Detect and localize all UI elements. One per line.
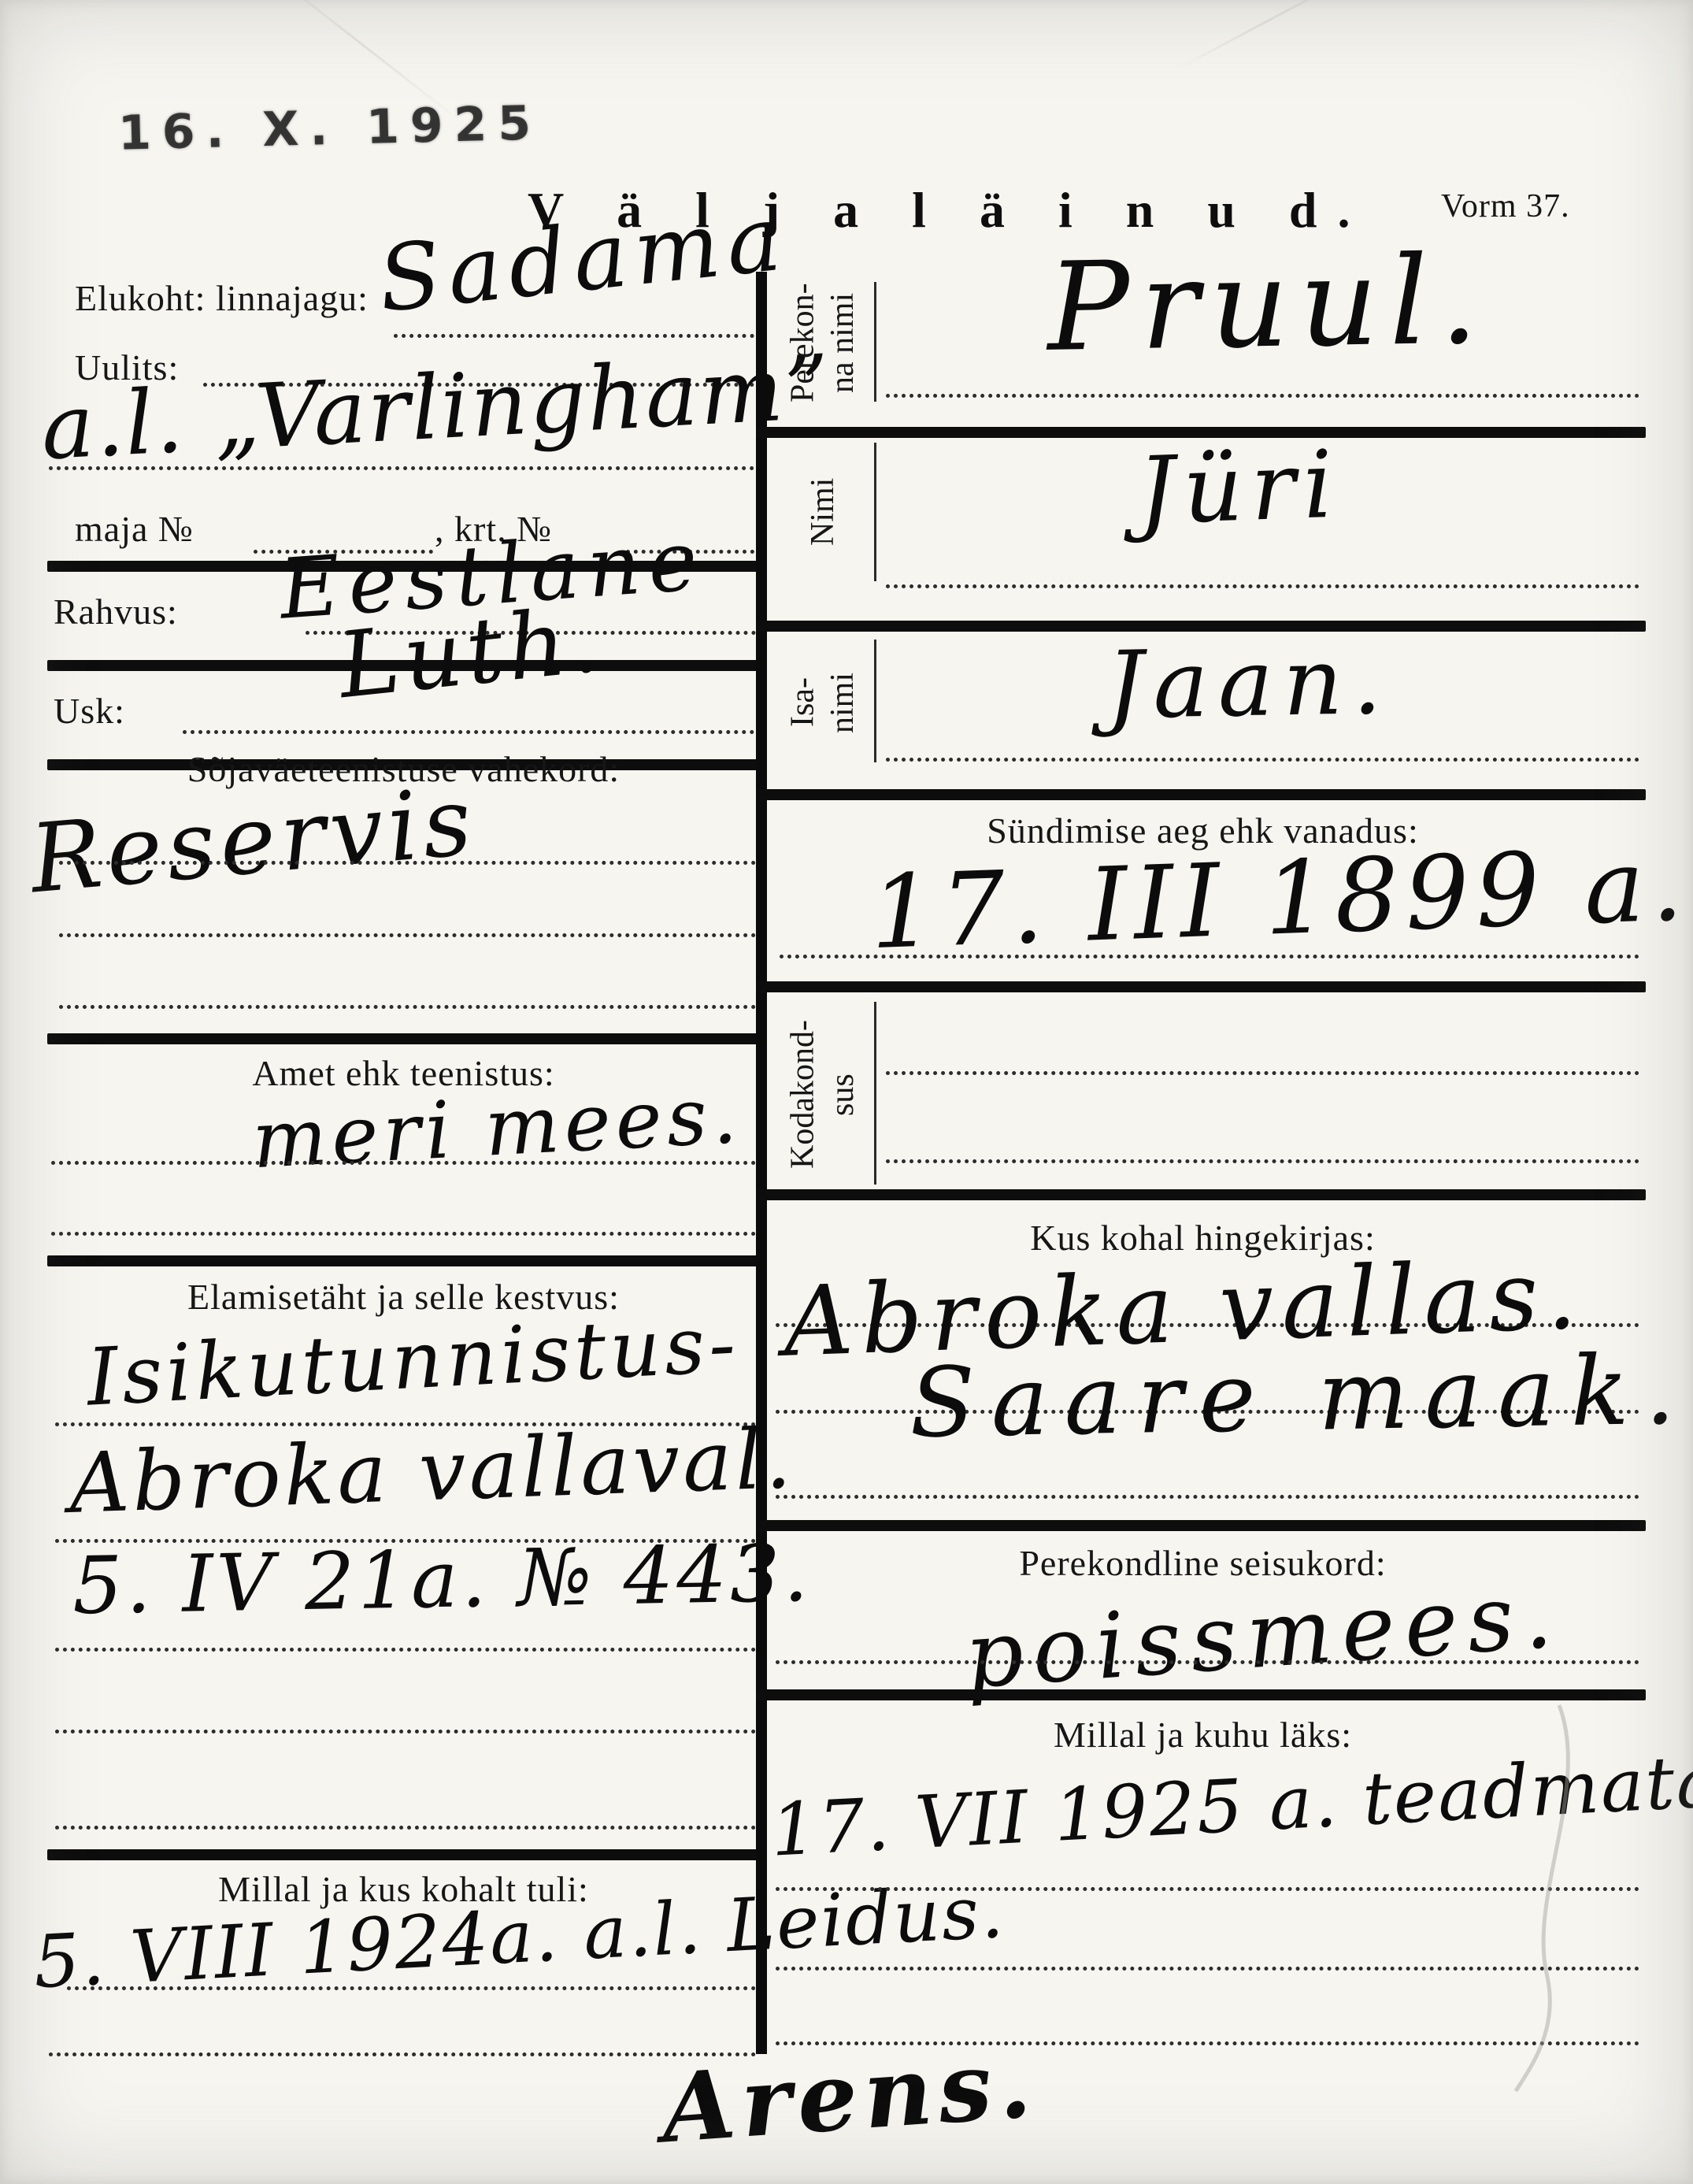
dotted-line (67, 1986, 756, 1990)
handwriting-usk-value: Luth. (335, 595, 608, 713)
pencil-mark (1473, 1693, 1614, 2103)
handwriting-elukoht-value: Sadama (374, 193, 791, 326)
horizontal-rule (756, 981, 1646, 992)
dotted-line (886, 394, 1639, 398)
dotted-line (59, 1005, 756, 1009)
column-divider (756, 272, 767, 2054)
horizontal-rule (756, 1189, 1646, 1200)
handwriting-seisukord: poissmees. (962, 1570, 1565, 1703)
handwriting-elamisetaht-line1: Isikutunnistus- (85, 1304, 741, 1417)
field-label-maja: maja № (75, 508, 194, 550)
dotted-line (51, 1232, 756, 1236)
dotted-line (776, 1660, 1639, 1664)
handwriting-elamisetaht-line3: 5. IV 21a. № 443. (72, 1534, 812, 1626)
dotted-line (886, 584, 1639, 588)
handwriting-sundimine: 17. III 1899 a. (869, 835, 1691, 964)
scanned-form-page: 16. X. 1925 V ä l j a l ä i n u d. Vorm … (0, 0, 1693, 2184)
vertical-label-perekonnanimi: Perekon- na nimi (776, 280, 870, 406)
vertical-label-isanimi: Isa- nimi (776, 640, 870, 766)
handwriting-hingekiri-line2: Saare maak. (909, 1341, 1691, 1451)
handwriting-perekonnanimi: Pruul. (1047, 239, 1491, 369)
dotted-line (59, 933, 756, 937)
field-label-rahvus: Rahvus: (54, 591, 178, 632)
dotted-line (49, 466, 754, 470)
vertical-label-kodakondsus: Kodakond- sus (776, 1004, 870, 1185)
vertical-label-nimi: Nimi (776, 441, 870, 583)
horizontal-rule (756, 1520, 1646, 1531)
dotted-line (780, 955, 1639, 959)
scan-crease (1177, 0, 1359, 70)
dotted-line (59, 861, 756, 865)
label-separator-line (874, 282, 876, 402)
dotted-line (55, 1730, 756, 1733)
horizontal-rule (47, 1255, 765, 1266)
form-number: Vorm 37. (1441, 187, 1570, 225)
label-separator-line (874, 1002, 876, 1185)
label-separator-line (874, 640, 876, 762)
horizontal-rule (47, 1849, 765, 1860)
dotted-line (183, 730, 754, 734)
dotted-line (55, 1648, 756, 1652)
handwriting-sojavae-value: Reservis (27, 775, 480, 908)
handwriting-elamisetaht-line2: Abroka vallaval. (68, 1418, 795, 1526)
field-label-usk: Usk: (54, 690, 125, 732)
dotted-line (776, 1495, 1639, 1499)
horizontal-rule (47, 1033, 765, 1044)
horizontal-rule (756, 789, 1646, 800)
dotted-line (51, 1161, 756, 1165)
label-separator-line (874, 443, 876, 581)
field-label-elukoht: Elukoht: linnajagu: (75, 277, 369, 319)
date-stamp: 16. X. 1925 (117, 95, 543, 161)
dotted-line (55, 1826, 756, 1830)
dotted-line (394, 334, 754, 338)
handwriting-nimi: Jüri (1136, 438, 1342, 538)
dotted-line (49, 2052, 756, 2056)
dotted-line (886, 758, 1639, 762)
dotted-line (886, 1159, 1639, 1163)
handwriting-isanimi: Jaan. (1106, 634, 1392, 732)
signature: Arens. (658, 2037, 1039, 2157)
dotted-line (886, 1071, 1639, 1075)
